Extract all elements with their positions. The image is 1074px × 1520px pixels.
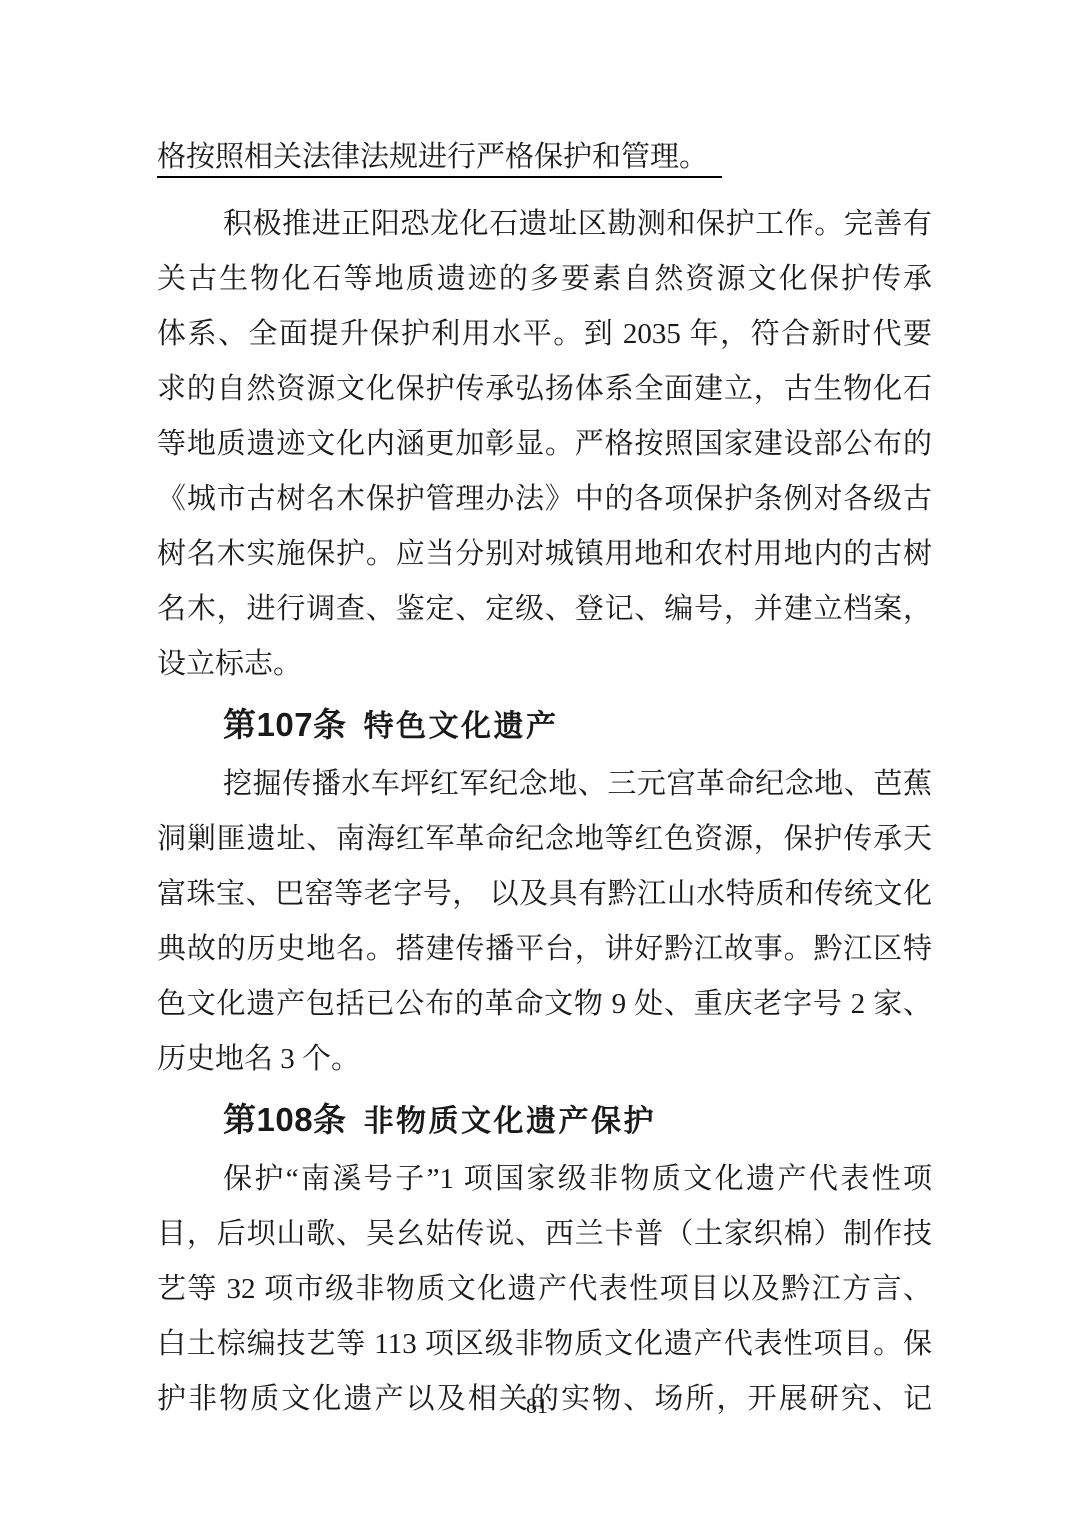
document-body: 格按照相关法律法规进行严格保护和管理。积极推进正阳恐龙化石遗址区勘测和保护工作。… xyxy=(157,130,932,1427)
text-line: 艺等 32 项市级非物质文化遗产代表性项目以及黔江方言、 xyxy=(157,1262,932,1317)
heading-number: 第107条 xyxy=(223,706,347,743)
heading-number: 第108条 xyxy=(223,1101,347,1138)
underlined-text-line: 格按照相关法律法规进行严格保护和管理。 xyxy=(157,130,932,185)
section-heading: 第108条非物质文化遗产保护 xyxy=(157,1091,932,1149)
underlined-text: 格按照相关法律法规进行严格保护和管理。 xyxy=(157,141,722,178)
text-line: 挖掘传播水车坪红军纪念地、三元宫革命纪念地、芭蕉 xyxy=(157,757,932,812)
text-line: 历史地名 3 个。 xyxy=(157,1032,932,1087)
heading-title: 特色文化遗产 xyxy=(364,710,559,743)
heading-title: 非物质文化遗产保护 xyxy=(364,1105,657,1138)
text-line: 《城市古树名木保护管理办法》中的各项保护条例对各级古 xyxy=(157,472,932,527)
text-line: 富珠宝、巴窑等老字号， 以及具有黔江山水特质和传统文化 xyxy=(157,867,932,922)
text-line: 树名木实施保护。应当分别对城镇用地和农村用地内的古树 xyxy=(157,527,932,582)
text-line: 目，后坝山歌、吴幺姑传说、西兰卡普（土家织棉）制作技 xyxy=(157,1207,932,1262)
text-line: 积极推进正阳恐龙化石遗址区勘测和保护工作。完善有 xyxy=(157,197,932,252)
section-heading: 第107条特色文化遗产 xyxy=(157,696,932,754)
page-number: 81 xyxy=(0,1388,1074,1424)
text-line: 设立标志。 xyxy=(157,637,932,692)
text-line: 典故的历史地名。搭建传播平台，讲好黔江故事。黔江区特 xyxy=(157,922,932,977)
text-line: 保护“南溪号子”1 项国家级非物质文化遗产代表性项 xyxy=(157,1152,932,1207)
text-line: 白土棕编技艺等 113 项区级非物质文化遗产代表性项目。保 xyxy=(157,1317,932,1372)
text-line: 体系、全面提升保护利用水平。到 2035 年，符合新时代要 xyxy=(157,307,932,362)
text-line: 关古生物化石等地质遗迹的多要素自然资源文化保护传承 xyxy=(157,252,932,307)
document-page: 格按照相关法律法规进行严格保护和管理。积极推进正阳恐龙化石遗址区勘测和保护工作。… xyxy=(0,0,1074,1520)
text-line: 等地质遗迹文化内涵更加彰显。严格按照国家建设部公布的 xyxy=(157,417,932,472)
text-line: 洞剿匪遗址、南海红军革命纪念地等红色资源，保护传承天 xyxy=(157,812,932,867)
text-line: 求的自然资源文化保护传承弘扬体系全面建立，古生物化石 xyxy=(157,362,932,417)
text-line: 色文化遗产包括已公布的革命文物 9 处、重庆老字号 2 家、 xyxy=(157,977,932,1032)
text-line: 名木，进行调查、鉴定、定级、登记、编号，并建立档案， xyxy=(157,582,932,637)
